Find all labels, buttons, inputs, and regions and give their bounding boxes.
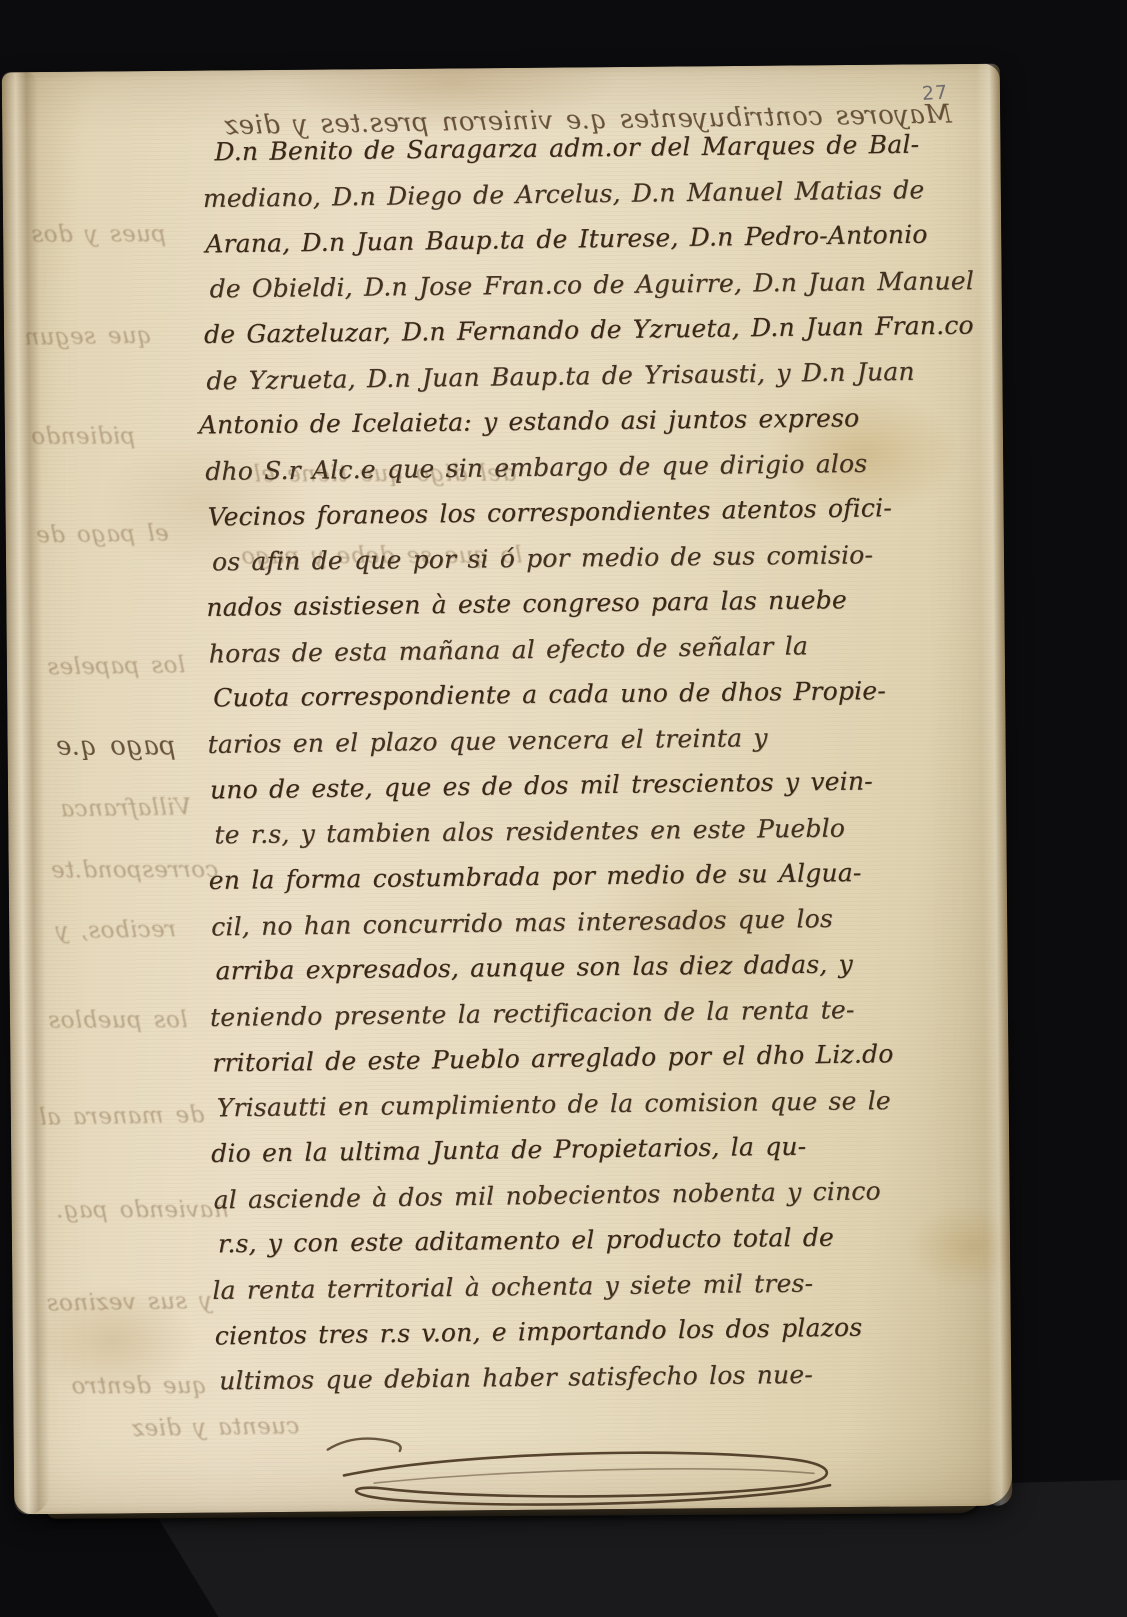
- show-through-fragment: de manera al: [39, 1102, 205, 1131]
- show-through-fragment: Villafranca: [60, 794, 191, 822]
- show-through-fragment: pues y dos: [31, 221, 166, 247]
- show-through-fragment: haviendo pag.: [56, 1197, 229, 1224]
- manuscript-line: Antonio de Icelaieta: y estando asi junt…: [199, 394, 979, 448]
- show-through-fragment: y sus vezinos: [46, 1288, 212, 1317]
- manuscript-line: arriba expresados, aunque son las diez d…: [215, 940, 983, 994]
- show-through-fragment: correspond.te: [51, 857, 219, 884]
- manuscript-page: Mayores contribuyentes q.e vinieron pres…: [2, 64, 1013, 1515]
- show-through-fragment: los pueblos: [48, 1007, 188, 1033]
- manuscript-line: D.n Benito de Saragarza adm.or del Marqu…: [214, 121, 976, 175]
- manuscript-line: r.s, y con este aditamento el producto t…: [218, 1213, 986, 1267]
- scan-backdrop: Mayores contribuyentes q.e vinieron pres…: [0, 0, 1127, 1617]
- show-through-fragment: los papeles: [47, 652, 186, 680]
- folio-number: 27: [921, 81, 948, 105]
- show-through-fragment: que dentro: [71, 1373, 207, 1399]
- show-through-fragment: que segun: [24, 323, 152, 351]
- show-through-fragment: recibos, y: [55, 916, 176, 944]
- manuscript-line: ultimos que debian haber satisfecho los …: [219, 1350, 987, 1404]
- show-through-fragment: pago q.e: [56, 731, 176, 761]
- manuscript-text: D.n Benito de Saragarza adm.or del Marqu…: [204, 122, 987, 1403]
- manuscript-line: Cuota correspondiente a cada uno de dhos…: [213, 667, 981, 721]
- show-through-fragment: cuenta y diez: [131, 1413, 299, 1442]
- ink-flourish: [314, 1427, 855, 1510]
- show-through-fragment: pidiendo: [31, 424, 135, 450]
- show-through-fragment: el pago de: [36, 520, 169, 548]
